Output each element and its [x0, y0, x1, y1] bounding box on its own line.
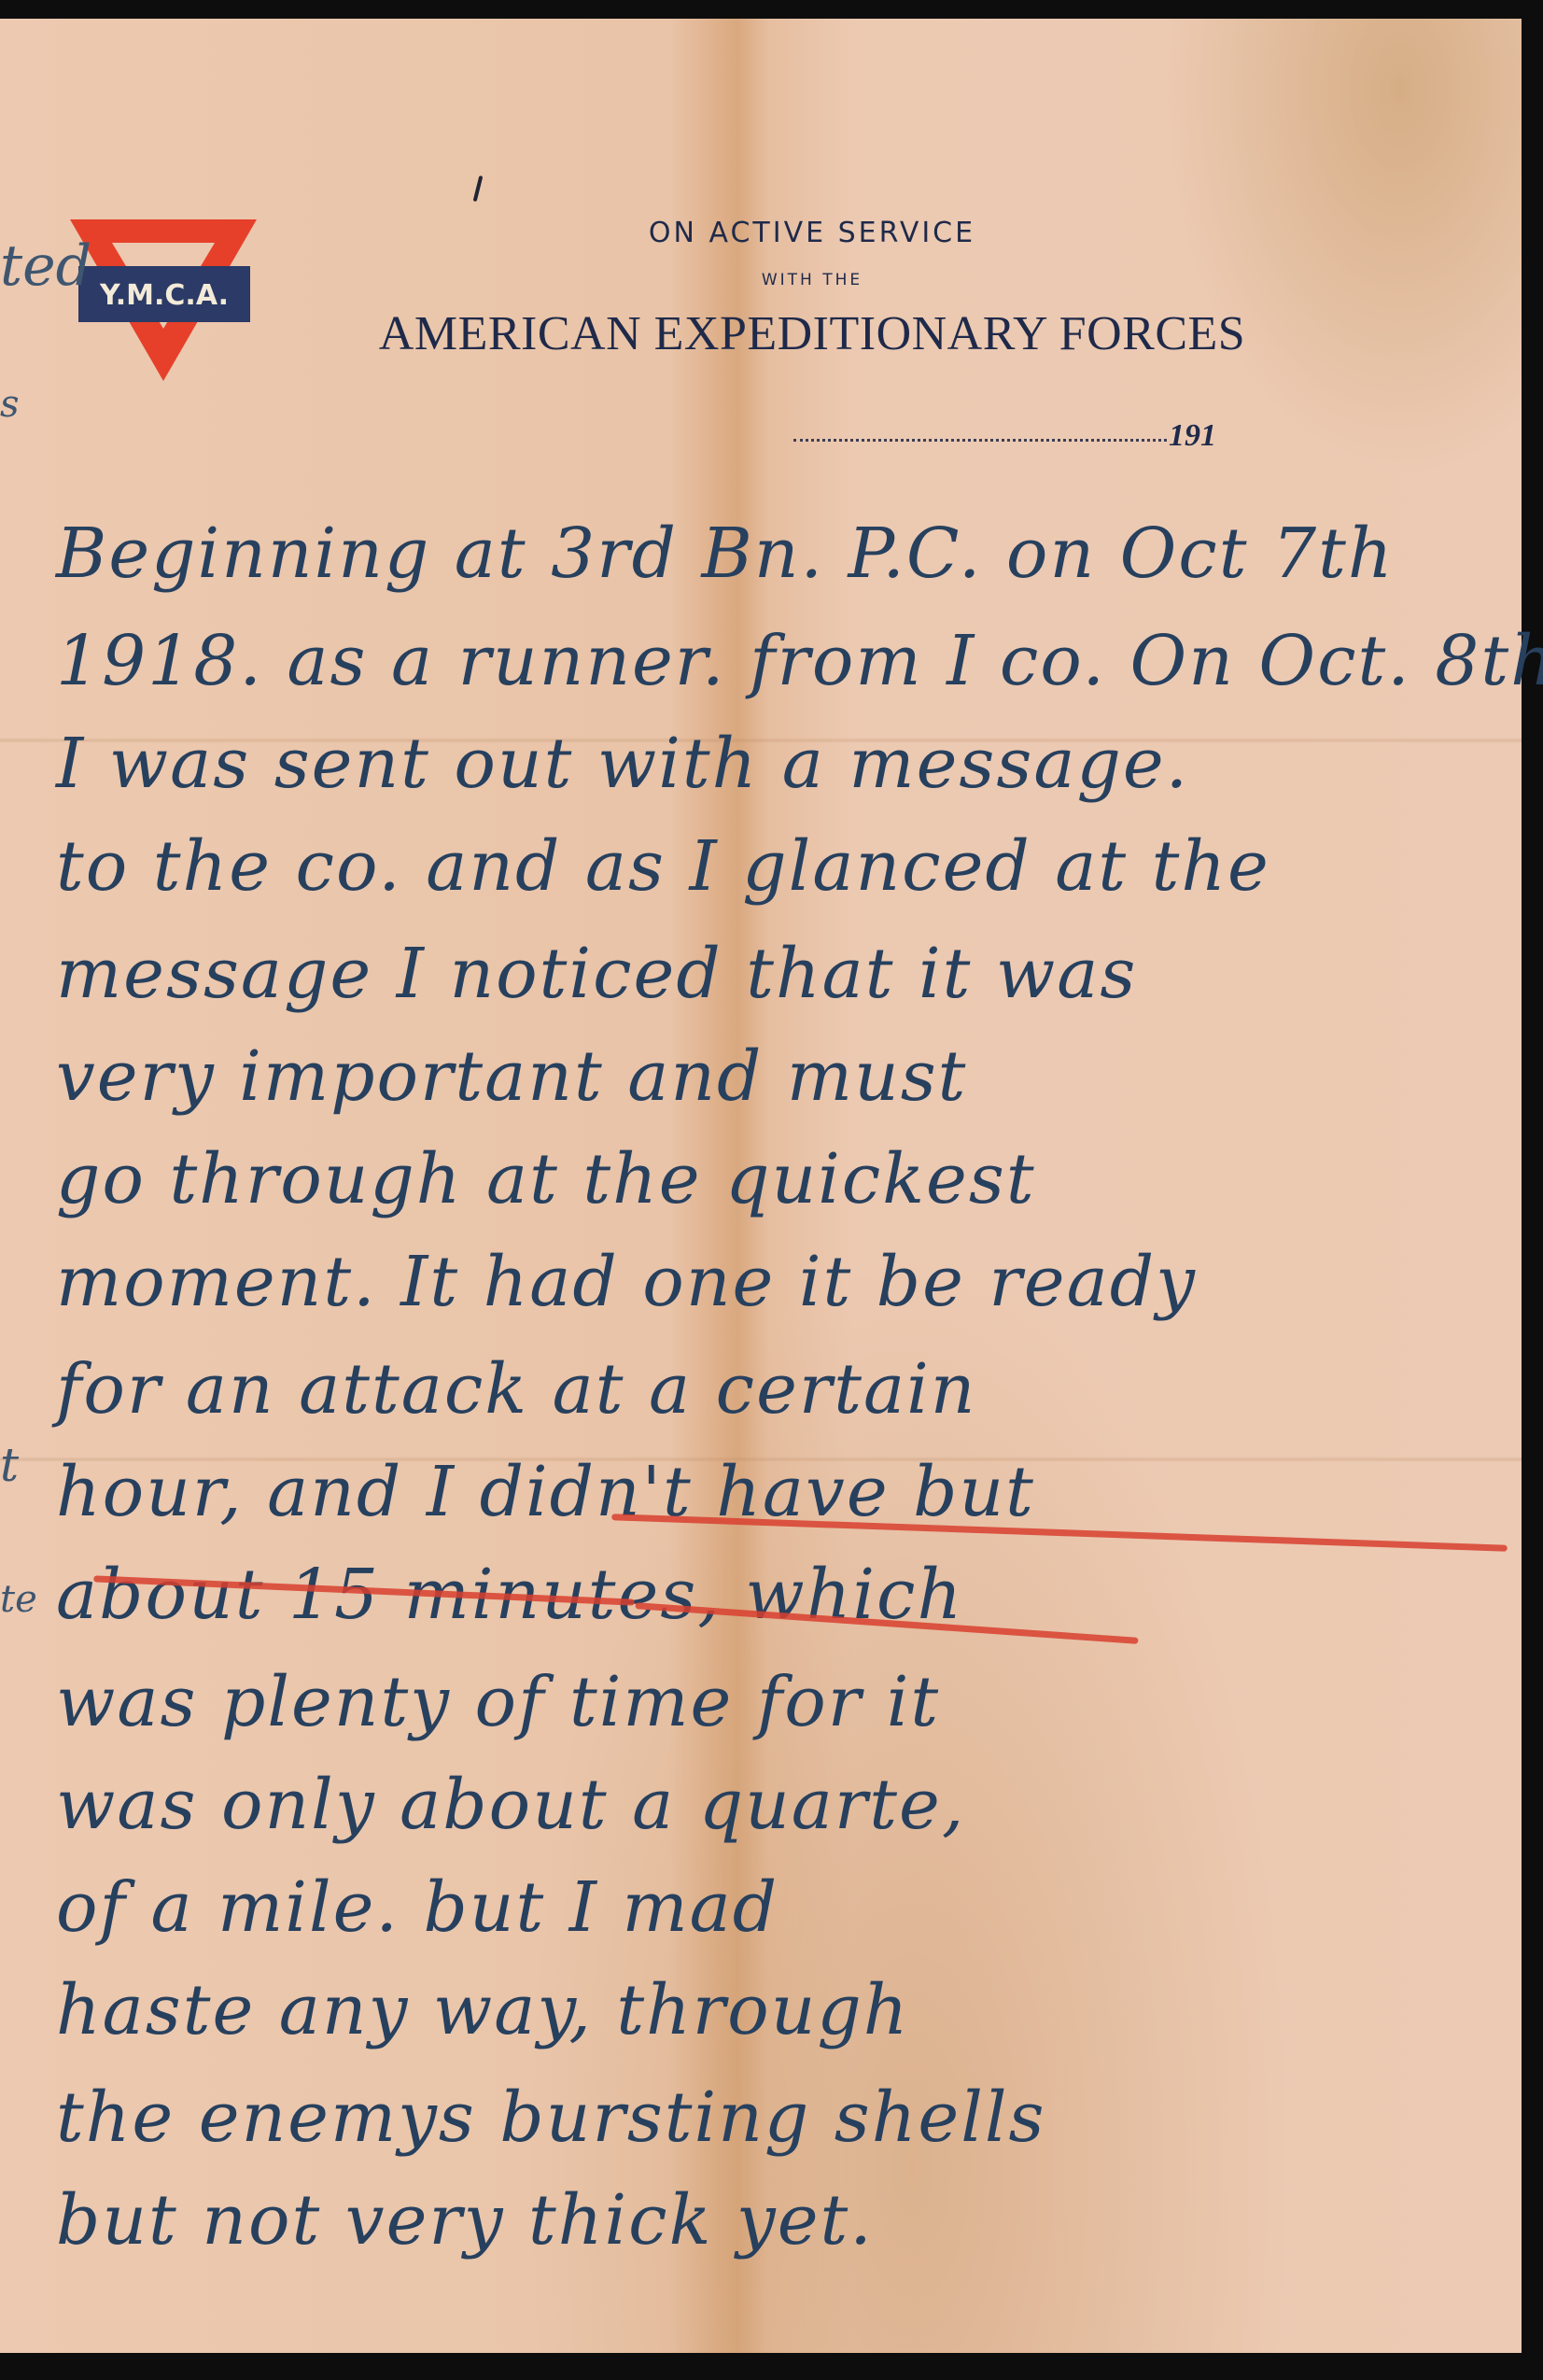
- margin-note: t: [0, 1438, 19, 1492]
- ymca-triangle-icon: Y.M.C.A.: [65, 215, 261, 383]
- handwritten-line: very important and must: [56, 1036, 967, 1117]
- handwritten-line: for an attack at a certain: [56, 1349, 976, 1429]
- handwritten-line: the enemys bursting shells: [56, 2077, 1046, 2158]
- handwritten-line: to the co. and as I glanced at the: [56, 826, 1270, 907]
- handwritten-line: was plenty of time for it: [56, 1662, 940, 1742]
- handwritten-line: was only about a quarte,: [56, 1765, 965, 1845]
- ymca-logo-text: Y.M.C.A.: [99, 279, 229, 312]
- handwritten-line: message I noticed that it was: [56, 934, 1137, 1014]
- handwritten-line: go through at the quickest: [56, 1139, 1036, 1219]
- handwritten-line: Beginning at 3rd Bn. P.C. on Oct 7th: [56, 514, 1394, 594]
- handwritten-line: but not very thick yet.: [56, 2180, 874, 2260]
- handwritten-line: haste any way, through: [56, 1970, 909, 2050]
- margin-note: ted: [0, 233, 91, 299]
- letterhead-active-service: ON ACTIVE SERVICE: [355, 217, 1269, 249]
- handwritten-line: 1918. as a runner. from I co. On Oct. 8t…: [56, 621, 1543, 701]
- handwritten-line: of a mile. but I mad: [56, 1867, 779, 1948]
- letterhead-with-the: WITH THE: [355, 271, 1269, 289]
- handwritten-line: I was sent out with a message.: [56, 724, 1189, 804]
- margin-note: s: [0, 383, 20, 426]
- letterhead-aef-title: AMERICAN EXPEDITIONARY FORCES: [355, 306, 1269, 361]
- handwritten-line: moment. It had one it be ready: [56, 1242, 1197, 1322]
- handwritten-line: hour, and I didn't have but: [56, 1452, 1035, 1532]
- margin-note: te: [0, 1578, 37, 1621]
- date-fill-line: [793, 439, 1167, 442]
- date-year-prefix: 191: [1169, 418, 1216, 454]
